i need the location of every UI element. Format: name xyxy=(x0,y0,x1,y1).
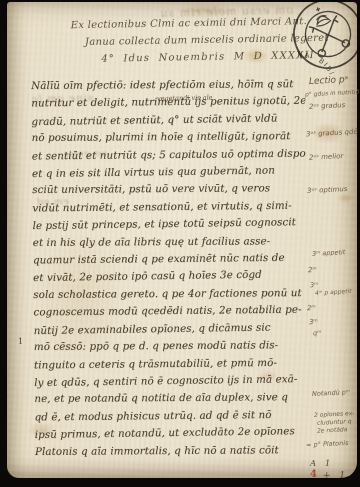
vatican-library-stamp: BIBLIOTHECA APOSTOLICA VATICANA xyxy=(279,0,360,83)
margin-note: 2ᵘˢ melior xyxy=(309,152,344,162)
margin-note: 4ᵐ p appetit xyxy=(315,288,352,297)
body-line: ne, et pe notandū q notitia de aīa duple… xyxy=(34,389,308,408)
stain-spot xyxy=(337,192,355,204)
body-line: mō cēssō: ppō q pe d. q penes modū natis… xyxy=(34,337,308,356)
collation-mark: A 1 xyxy=(310,459,333,469)
folio-mark: 1 xyxy=(18,337,23,346)
margin-note-platonis: = p° Platonis xyxy=(306,439,349,449)
margin-note: p° gdus in nutritiō xyxy=(305,89,360,99)
parchment-page: om ersu mole rim su sine qm le uo entis … xyxy=(7,2,357,478)
quire-number: 4 xyxy=(310,469,317,480)
margin-note: 2ᵐ xyxy=(307,304,316,312)
margin-note: 3ᵐ xyxy=(310,281,319,289)
margin-note: 3ᵐ appetit xyxy=(312,248,346,258)
body-line: sciūt universitāti, pstū uō vere vivūt, … xyxy=(32,180,306,199)
body-line: et in his qly de aīa libris quę ut facil… xyxy=(33,233,307,252)
margin-note: qᵐ xyxy=(313,329,322,337)
body-line: nō posuimus, plurimi in hoīe q intelligū… xyxy=(32,128,306,147)
margin-note: 2ᵘˢ gradus xyxy=(309,101,346,111)
margin-note: 2e notāda xyxy=(317,426,348,435)
manuscript-scan: om ersu mole rim su sine qm le uo entis … xyxy=(0,0,360,487)
margin-note: 3ᵘˢ gradus qdē xyxy=(306,128,358,139)
margin-note: 3ᵐ xyxy=(309,318,318,326)
body-text-block: Nālīū oīm pfectiō: idest pfectiōm eius, … xyxy=(31,76,309,462)
body-line: Nālīū oīm pfectiō: idest pfectiōm eius, … xyxy=(31,76,305,95)
body-line: sola scholastica gereto. q pe 4or factio… xyxy=(33,285,307,304)
body-line: Platonis q aīa immortalis, q hīc nō a na… xyxy=(35,442,309,461)
margin-note: 2ᵐ xyxy=(308,266,317,274)
collation-mark: + 1 xyxy=(323,471,348,481)
margin-note: Notandū pᵐ xyxy=(312,388,350,398)
margin-note: 3ᵘˢ optimus xyxy=(307,185,348,195)
